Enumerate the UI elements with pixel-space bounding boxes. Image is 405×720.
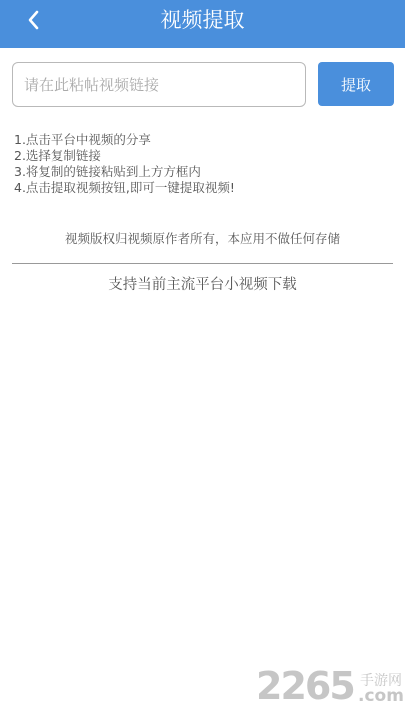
support-text: 支持当前主流平台小视频下载	[0, 273, 405, 294]
page-title: 视频提取	[0, 0, 405, 40]
divider	[12, 263, 393, 264]
extract-button[interactable]: 提取	[318, 62, 394, 106]
video-extract-screen: 视频提取 提取 1.点击平台中视频的分享 2.选择复制链接 3.将复制的链接粘贴…	[0, 0, 405, 720]
video-link-input[interactable]	[12, 62, 306, 107]
instruction-step: 4.点击提取视频按钮,即可一键提取视频!	[14, 180, 235, 196]
copyright-notice: 视频版权归视频原作者所有，本应用不做任何存储	[0, 229, 405, 247]
instruction-step: 2.选择复制链接	[14, 148, 235, 164]
watermark-logo: 2265 手游网 .com	[256, 664, 404, 714]
instructions: 1.点击平台中视频的分享 2.选择复制链接 3.将复制的链接粘贴到上方方框内 4…	[14, 132, 235, 196]
app-header: 视频提取	[0, 0, 405, 48]
watermark-domain: .com	[358, 686, 404, 706]
instruction-step: 1.点击平台中视频的分享	[14, 132, 235, 148]
instruction-step: 3.将复制的链接粘贴到上方方框内	[14, 164, 235, 180]
watermark-number: 2265	[256, 664, 354, 708]
